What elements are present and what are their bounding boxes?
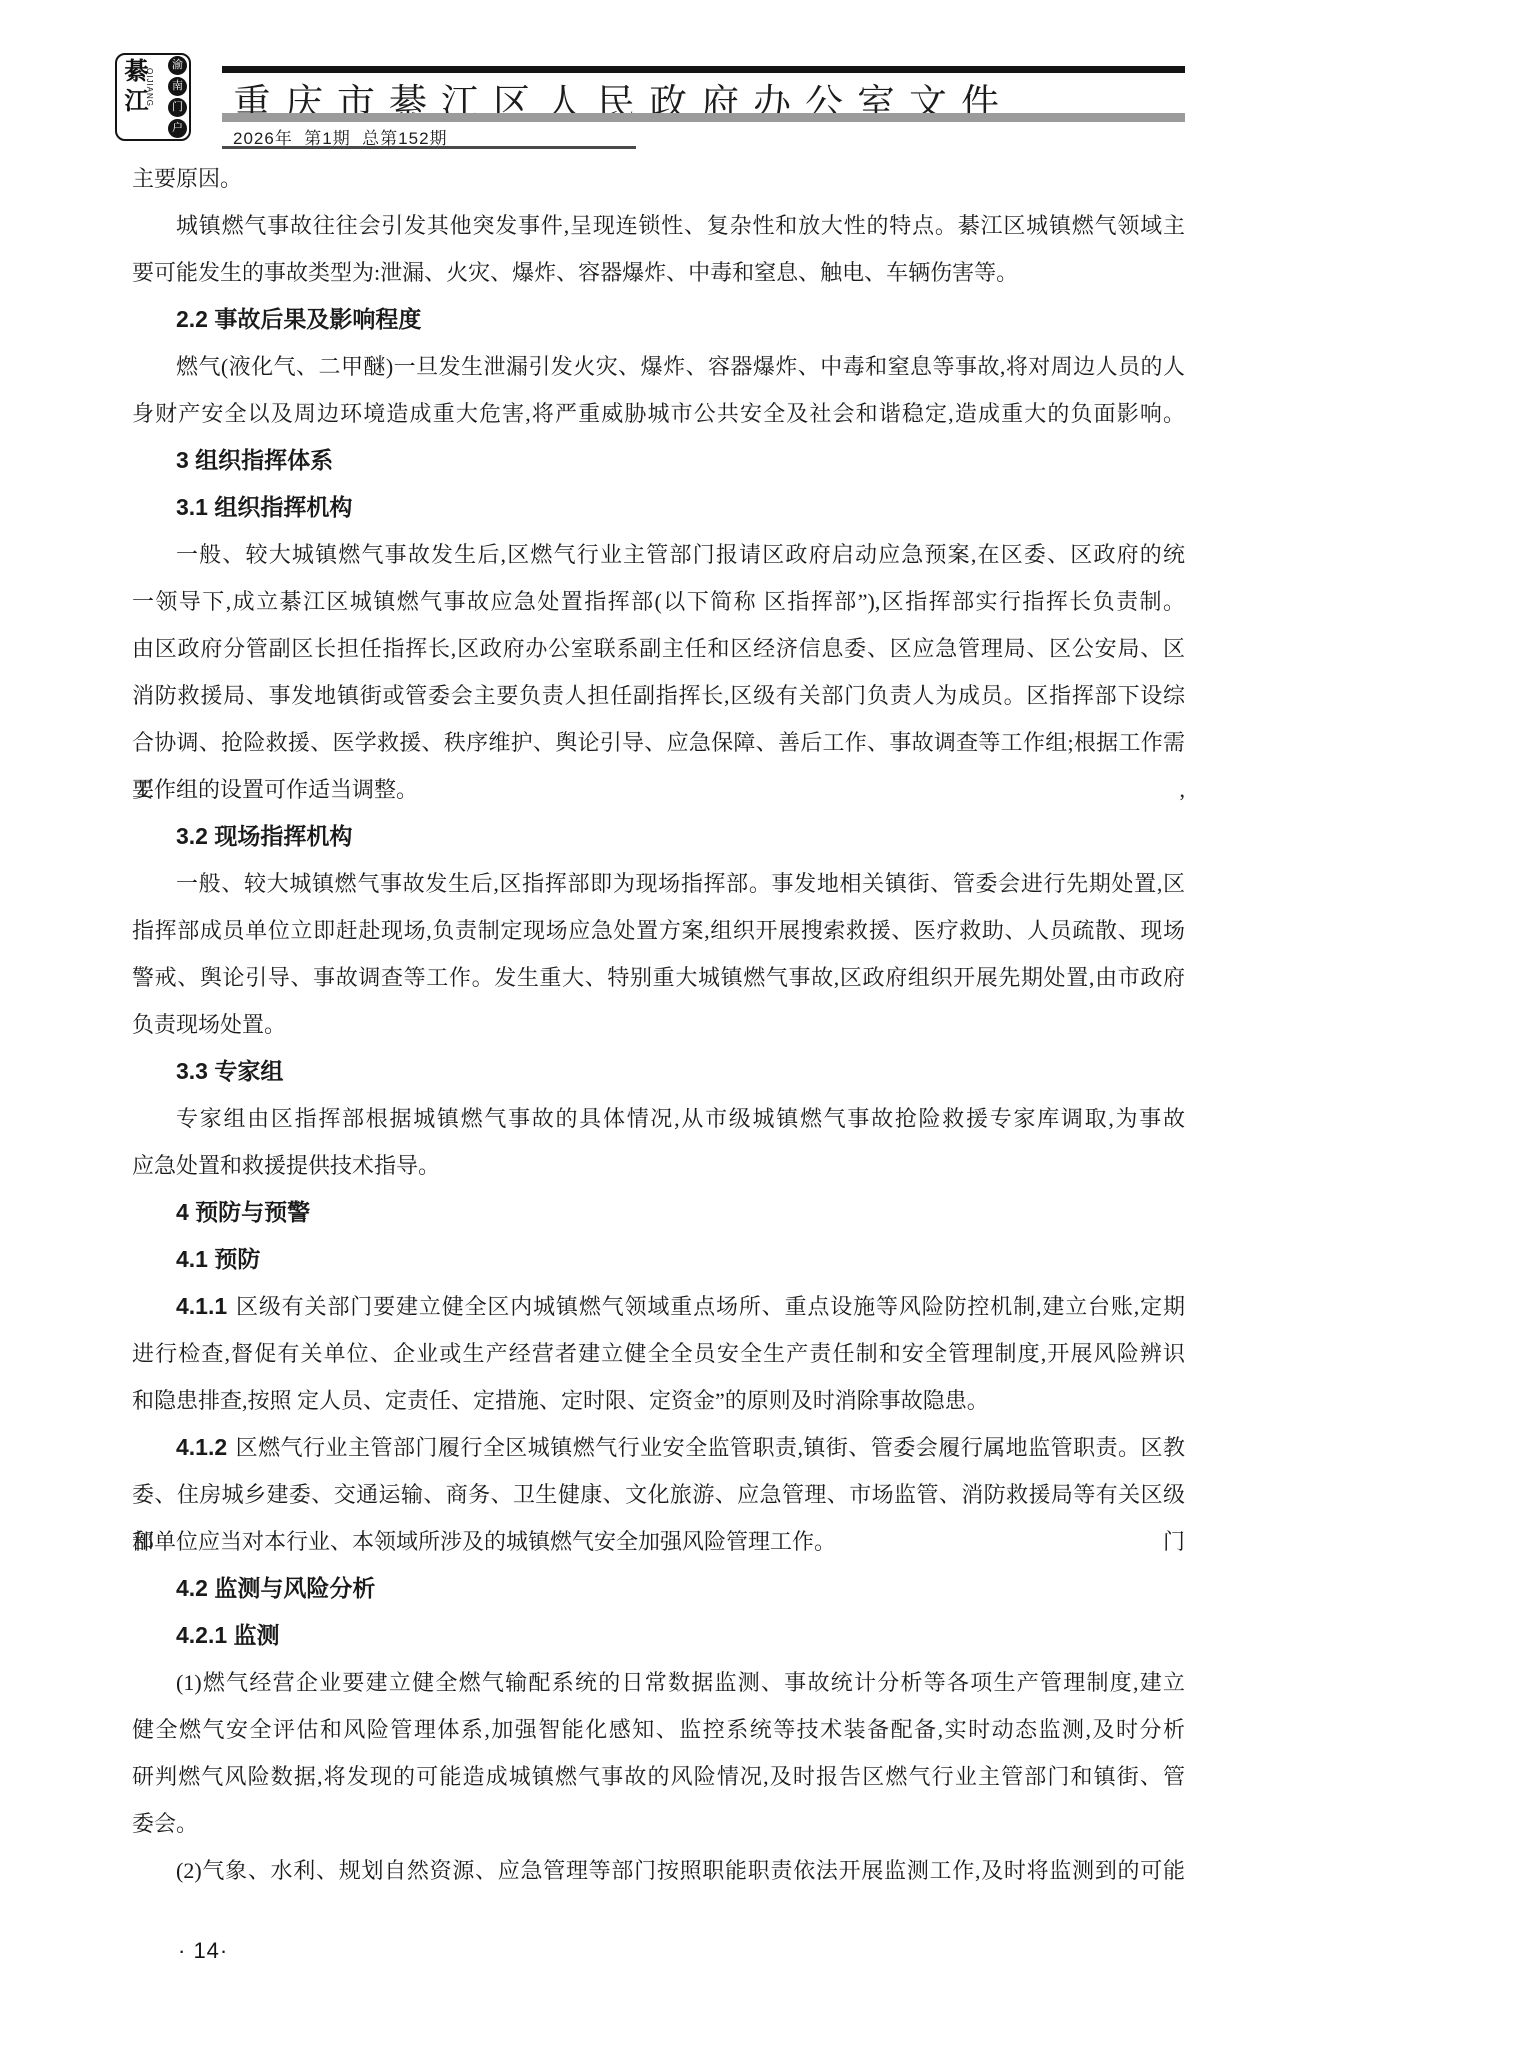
heading-line: 2.2 事故后果及影响程度 bbox=[132, 296, 1185, 343]
body-line: 指挥部成员单位立即赶赴现场,负责制定现场应急处置方案,组织开展搜索救援、医疗救助… bbox=[132, 907, 1185, 954]
body-line: (2)气象、水利、规划自然资源、应急管理等部门按照职能职责依法开展监测工作,及时… bbox=[132, 1847, 1185, 1894]
body-line: 主要原因。 bbox=[132, 155, 1185, 202]
header-gray-bar bbox=[222, 113, 1185, 122]
body-line: 4.1.1区级有关部门要建立健全区内城镇燃气领域重点场所、重点设施等风险防控机制… bbox=[132, 1283, 1185, 1330]
body-line: 城镇燃气事故往往会引发其他突发事件,呈现连锁性、复杂性和放大性的特点。綦江区城镇… bbox=[132, 202, 1185, 249]
heading-line: 3.3 专家组 bbox=[132, 1048, 1185, 1095]
document-body: 主要原因。城镇燃气事故往往会引发其他突发事件,呈现连锁性、复杂性和放大性的特点。… bbox=[132, 155, 1185, 1894]
seal-character: 渝 bbox=[168, 56, 187, 75]
body-line: 委、住房城乡建委、交通运输、商务、卫生健康、文化旅游、应急管理、市场监管、消防救… bbox=[132, 1471, 1185, 1518]
body-line: 消防救援局、事发地镇街或管委会主要负责人担任副指挥长,区级有关部门负责人为成员。… bbox=[132, 672, 1185, 719]
heading-line: 3 组织指挥体系 bbox=[132, 437, 1185, 484]
body-line: 合协调、抢险救援、医学救援、秩序维护、舆论引导、应急保障、善后工作、事故调查等工… bbox=[132, 719, 1185, 766]
section-number: 4.1.1 bbox=[176, 1293, 227, 1319]
body-line: 4.1.2区燃气行业主管部门履行全区城镇燃气行业安全监管职责,镇街、管委会履行属… bbox=[132, 1424, 1185, 1471]
heading-line: 3.2 现场指挥机构 bbox=[132, 813, 1185, 860]
heading-line: 4 预防与预警 bbox=[132, 1189, 1185, 1236]
body-line: 进行检查,督促有关单位、企业或生产经营者建立健全全员安全生产责任制和安全管理制度… bbox=[132, 1330, 1185, 1377]
body-line: 一领导下,成立綦江区城镇燃气事故应急处置指挥部(以下简称 区指挥部”),区指挥部… bbox=[132, 578, 1185, 625]
issue-underline-rule bbox=[222, 146, 636, 149]
body-line: 警戒、舆论引导、事故调查等工作。发生重大、特别重大城镇燃气事故,区政府组织开展先… bbox=[132, 954, 1185, 1001]
heading-line: 4.2.1 监测 bbox=[132, 1612, 1185, 1659]
heading-line: 4.1 预防 bbox=[132, 1236, 1185, 1283]
body-line: 负责现场处置。 bbox=[132, 1001, 1185, 1048]
document-page: 綦江 QIJIANG 渝南门户 重庆市綦江区人民政府办公室文件 2026年 第1… bbox=[0, 0, 1530, 2062]
body-line: 委会。 bbox=[132, 1800, 1185, 1847]
body-line: 一般、较大城镇燃气事故发生后,区指挥部即为现场指挥部。事发地相关镇街、管委会进行… bbox=[132, 860, 1185, 907]
body-line: 应急处置和救援提供技术指导。 bbox=[132, 1142, 1185, 1189]
heading-line: 4.2 监测与风险分析 bbox=[132, 1565, 1185, 1612]
body-line: 一般、较大城镇燃气事故发生后,区燃气行业主管部门报请区政府启动应急预案,在区委、… bbox=[132, 531, 1185, 578]
logo-roman-text: QIJIANG bbox=[145, 68, 155, 136]
government-seal-logo: 綦江 QIJIANG 渝南门户 bbox=[115, 53, 191, 141]
body-line: 健全燃气安全评估和风险管理体系,加强智能化感知、监控系统等技术装备配备,实时动态… bbox=[132, 1706, 1185, 1753]
seal-character: 南 bbox=[168, 77, 187, 96]
body-line: 和隐患排查,按照 定人员、定责任、定措施、定时限、定资金”的原则及时消除事故隐患… bbox=[132, 1377, 1185, 1424]
body-line: 由区政府分管副区长担任指挥长,区政府办公室联系副主任和区经济信息委、区应急管理局… bbox=[132, 625, 1185, 672]
body-line: (1)燃气经营企业要建立健全燃气输配系统的日常数据监测、事故统计分析等各项生产管… bbox=[132, 1659, 1185, 1706]
logo-seal-column: 渝南门户 bbox=[168, 58, 187, 136]
body-line: 专家组由区指挥部根据城镇燃气事故的具体情况,从市级城镇燃气事故抢险救援专家库调取… bbox=[132, 1095, 1185, 1142]
body-line: 研判燃气风险数据,将发现的可能造成城镇燃气事故的风险情况,及时报告区燃气行业主管… bbox=[132, 1753, 1185, 1800]
page-number: · 14· bbox=[178, 1938, 228, 1964]
body-line: 身财产安全以及周边环境造成重大危害,将严重威胁城市公共安全及社会和谐稳定,造成重… bbox=[132, 390, 1185, 437]
logo-name-vertical: 綦江 bbox=[121, 58, 145, 136]
seal-character: 户 bbox=[168, 119, 187, 138]
heading-line: 3.1 组织指挥机构 bbox=[132, 484, 1185, 531]
body-line: 燃气(液化气、二甲醚)一旦发生泄漏引发火灾、爆炸、容器爆炸、中毒和窒息等事故,将… bbox=[132, 343, 1185, 390]
body-line: 要可能发生的事故类型为:泄漏、火灾、爆炸、容器爆炸、中毒和窒息、触电、车辆伤害等… bbox=[132, 249, 1185, 296]
seal-character: 门 bbox=[168, 98, 187, 117]
section-number: 4.1.2 bbox=[176, 1434, 227, 1460]
